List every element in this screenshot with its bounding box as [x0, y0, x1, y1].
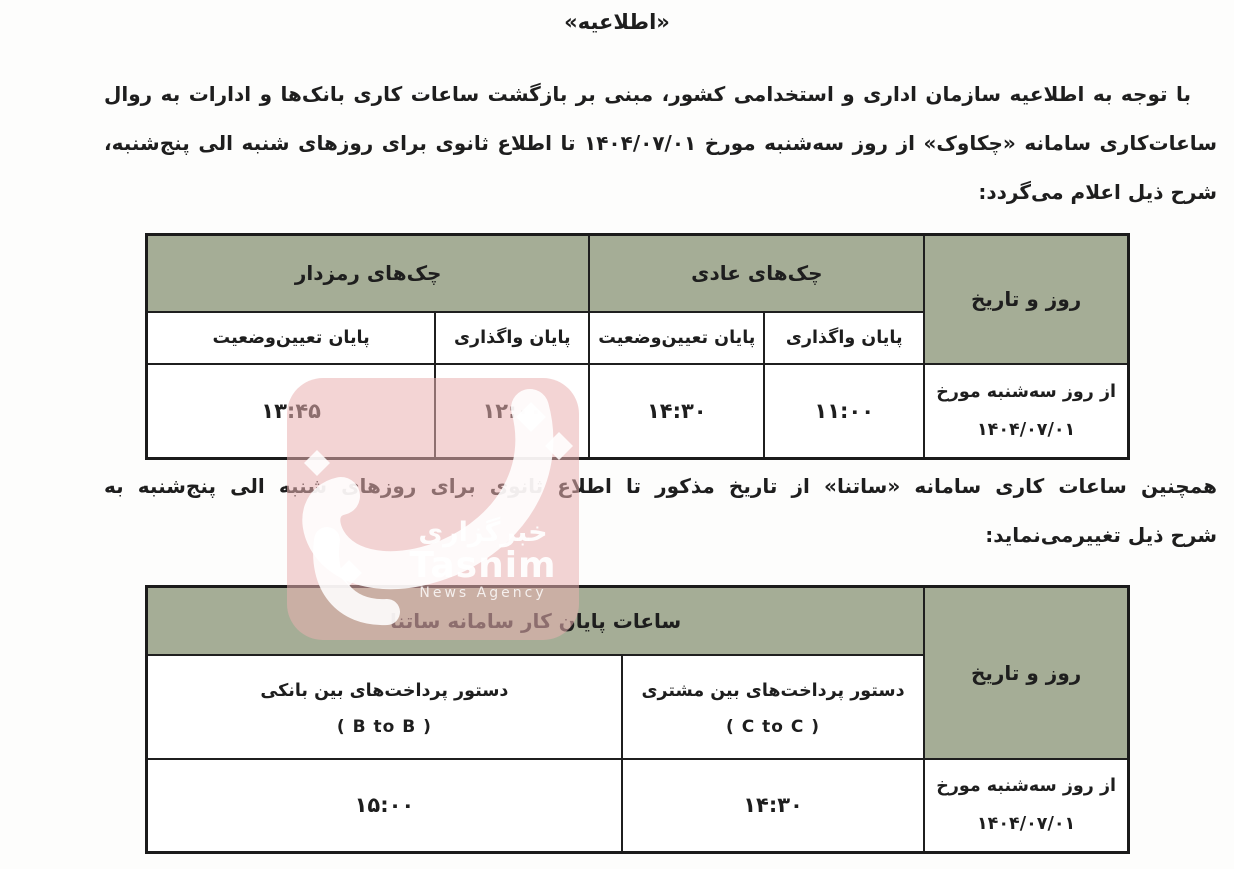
satna-paragraph: همچنین ساعات کاری سامانه «ساتنا» از تاری…: [104, 462, 1217, 560]
customer-payments-label: دستور پرداخت‌های بین مشتری: [629, 681, 917, 701]
table-row: از روز سه‌شنبه مورخ ۱۴۰۴/۰۷/۰۱ ۱۱:۰۰ ۱۴:…: [147, 364, 1129, 459]
coded-assignment-end-value: ۱۲:۰۰: [435, 364, 589, 459]
customer-payments-value: ۱۴:۳۰: [622, 759, 924, 853]
normal-assignment-end-value: ۱۱:۰۰: [764, 364, 924, 459]
effective-date-cell: از روز سه‌شنبه مورخ ۱۴۰۴/۰۷/۰۱: [924, 364, 1128, 459]
intro-line-1: با توجه به اطلاعیه سازمان اداری و استخدا…: [104, 70, 1217, 119]
satna-hours-table: روز و تاریخ ساعات پایان کار سامانه ساتنا…: [145, 585, 1130, 854]
normal-assignment-end-header: پایان واگذاری: [764, 312, 924, 364]
coded-assignment-end-header: پایان واگذاری: [435, 312, 589, 364]
day-date-column-header: روز و تاریخ: [924, 235, 1128, 364]
effective-date-line-2: ۱۴۰۴/۰۷/۰۱: [931, 411, 1121, 449]
customer-payments-header: دستور پرداخت‌های بین مشتری ( C to C ): [622, 655, 924, 759]
interbank-payments-value: ۱۵:۰۰: [147, 759, 622, 853]
normal-status-end-header: پایان تعیین‌وضعیت: [589, 312, 764, 364]
normal-status-end-value: ۱۴:۳۰: [589, 364, 764, 459]
effective-date-cell: از روز سه‌شنبه مورخ ۱۴۰۴/۰۷/۰۱: [924, 759, 1128, 853]
chakavak-hours-table: روز و تاریخ چک‌های عادی چک‌های رمزدار پا…: [145, 233, 1130, 460]
satna-line-1: همچنین ساعات کاری سامانه «ساتنا» از تاری…: [104, 462, 1217, 511]
scanned-announcement-document: «اطلاعیه» با توجه به اطلاعیه سازمان ادار…: [0, 0, 1234, 869]
effective-date-line-1: از روز سه‌شنبه مورخ: [931, 767, 1121, 805]
page-title: «اطلاعیه»: [0, 10, 1234, 34]
intro-line-2: ساعات‌کاری سامانه «چکاوک» از روز سه‌شنبه…: [104, 119, 1217, 168]
normal-checks-group-header: چک‌های عادی: [589, 235, 924, 312]
coded-checks-group-header: چک‌های رمزدار: [147, 235, 590, 312]
coded-status-end-header: پایان تعیین‌وضعیت: [147, 312, 436, 364]
table-row: از روز سه‌شنبه مورخ ۱۴۰۴/۰۷/۰۱ ۱۴:۳۰ ۱۵:…: [147, 759, 1129, 853]
interbank-payments-header: دستور پرداخت‌های بین بانکی ( B to B ): [147, 655, 622, 759]
interbank-payments-label: دستور پرداخت‌های بین بانکی: [154, 681, 615, 701]
intro-paragraph: با توجه به اطلاعیه سازمان اداری و استخدا…: [104, 70, 1217, 217]
intro-line-3: شرح ذیل اعلام می‌گردد:: [104, 168, 1217, 217]
day-date-column-header: روز و تاریخ: [924, 587, 1128, 759]
c-to-c-label: ( C to C ): [629, 717, 917, 737]
effective-date-line-2: ۱۴۰۴/۰۷/۰۱: [931, 805, 1121, 843]
effective-date-line-1: از روز سه‌شنبه مورخ: [931, 373, 1121, 411]
satna-line-2: شرح ذیل تغییرمی‌نماید:: [104, 511, 1217, 560]
satna-table-title: ساعات پایان کار سامانه ساتنا: [147, 587, 925, 655]
coded-status-end-value: ۱۳:۴۵: [147, 364, 436, 459]
b-to-b-label: ( B to B ): [154, 717, 615, 737]
